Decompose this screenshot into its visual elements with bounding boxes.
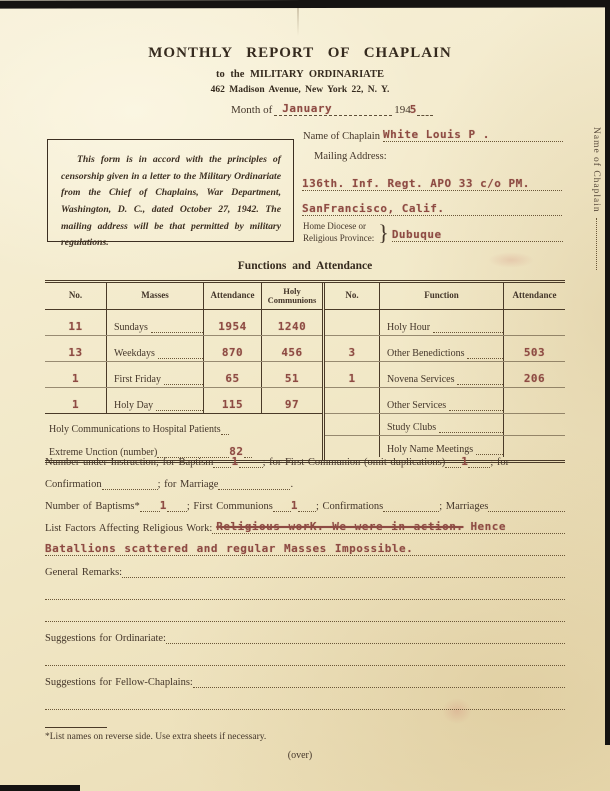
footnote-rule	[45, 727, 107, 728]
line2-period: .	[290, 479, 293, 490]
blank-line	[45, 600, 565, 622]
row-no: 13	[68, 347, 82, 359]
mailing-address-line1-value: 136th. Inf. Regt. APO 33 c/o PM.	[302, 178, 530, 190]
home-diocese-label-line2: Religious Province:	[303, 233, 374, 243]
year-typed: 5	[410, 104, 417, 116]
first-communions-value: 1	[291, 500, 298, 512]
col-header-attendance: Attendance	[504, 283, 565, 309]
footnote-text: *List names on reverse side. Use extra s…	[45, 732, 266, 742]
baptisms-line: Number of Baptisms* 1 ; First Communions…	[45, 490, 565, 512]
baptisms-value: 1	[160, 500, 167, 512]
table-span-row: Holy Communications to Hospital Patients	[45, 414, 322, 437]
mailing-address-label: Mailing Address:	[314, 151, 387, 162]
form-title: MONTHLY REPORT OF CHAPLAIN	[0, 45, 600, 62]
table-row: 1 First Friday 65 51	[45, 362, 322, 388]
form-subtitle: to the MILITARY ORDINARIATE	[0, 69, 600, 80]
table-row: Other Services	[325, 388, 565, 414]
factors-line-1: List Factors Affecting Religious Work: R…	[45, 512, 565, 534]
confirmation-label: Confirmation	[45, 479, 102, 490]
suggestions-ordinariate-label: Suggestions for Ordinariate:	[45, 633, 166, 644]
span-row-label: Holy Communications to Hospital Patients	[49, 424, 221, 435]
functions-attendance-table: No. Masses Attendance Holy Communions 11…	[45, 280, 565, 463]
row-label: Sundays	[114, 322, 148, 333]
home-diocese-label: Home Diocese or Religious Province:	[303, 221, 374, 244]
row-label: Other Services	[387, 400, 446, 411]
blank-line	[45, 644, 565, 666]
brace-glyph: }	[378, 220, 389, 246]
col-header-no: No.	[325, 283, 380, 309]
row-label: Novena Services	[387, 374, 454, 385]
factors-line-2: Batallions scattered and regular Masses …	[45, 534, 565, 556]
instruction-line: Number under Instruction; for Baptism 1 …	[45, 446, 565, 468]
instruction-suffix: ; for	[490, 457, 509, 468]
row-attendance: 206	[524, 373, 545, 385]
row-attendance: 65	[225, 373, 239, 385]
month-label: Month of	[231, 104, 274, 116]
instruction-baptism-value: 1	[231, 456, 238, 468]
instruction-mid: ; for First Communion (omit duplications…	[263, 457, 446, 468]
table-row: Holy Hour	[325, 310, 565, 336]
row-label: Weekdays	[114, 348, 155, 359]
row-no: 11	[68, 321, 82, 333]
functions-table: No. Function Attendance Holy Hour 3 Othe…	[325, 283, 565, 460]
row-communions: 51	[285, 373, 299, 385]
factors-label: List Factors Affecting Religious Work:	[45, 523, 212, 534]
row-attendance: 503	[524, 347, 545, 359]
chaplain-name-value: White Louis P .	[383, 129, 490, 141]
over-label: (over)	[0, 750, 600, 761]
factors-typed-struck: Religious worK. We were in action.	[216, 521, 463, 533]
home-diocese-row: Home Diocese or Religious Province: } Du…	[303, 220, 563, 246]
suggestions-fellow-line: Suggestions for Fellow-Chaplains:	[45, 666, 565, 688]
mailing-address-line1-field: 136th. Inf. Regt. APO 33 c/o PM.	[302, 173, 562, 191]
confirmation-marriage-line: Confirmation ; for Marriage .	[45, 468, 565, 490]
row-no: 1	[348, 373, 355, 385]
marriages-label: ; Marriages	[439, 501, 488, 512]
col-header-attendance: Attendance	[204, 283, 262, 309]
chaplain-name-label: Name of Chaplain	[303, 131, 380, 142]
instruction-prefix: Number under Instruction; for Baptism	[45, 457, 213, 468]
first-communions-label: ; First Communions	[187, 501, 273, 512]
row-label: Study Clubs	[387, 422, 436, 433]
home-diocese-label-line1: Home Diocese or	[303, 221, 366, 231]
general-remarks-label: General Remarks:	[45, 567, 122, 578]
instruction-communion-value: 1	[461, 456, 468, 468]
row-attendance: 870	[222, 347, 243, 359]
table-row: 13 Weekdays 870 456	[45, 336, 322, 362]
chaplain-name-row: Name of Chaplain White Louis P .	[303, 126, 563, 142]
marriage-label: ; for Marriage	[158, 479, 219, 490]
table-row: 11 Sundays 1954 1240	[45, 310, 322, 336]
table-title: Functions and Attendance	[45, 260, 565, 272]
col-header-communions: Holy Communions	[262, 283, 322, 309]
year-printed: 194	[394, 104, 411, 116]
row-communions: 97	[285, 399, 299, 411]
table-row: 1 Novena Services 206	[325, 362, 565, 388]
mailing-address-line2-value: SanFrancisco, Calif.	[302, 203, 444, 215]
general-remarks-line: General Remarks:	[45, 556, 565, 578]
mailing-address-line2-field: SanFrancisco, Calif.	[302, 198, 562, 216]
censorship-notice-text: This form is in accord with the principl…	[61, 154, 281, 248]
baptisms-label: Number of Baptisms*	[45, 501, 140, 512]
row-communions: 456	[281, 347, 302, 359]
table-row: Study Clubs	[325, 414, 565, 436]
row-label: Holy Day	[114, 400, 153, 411]
table-row: 1 Holy Day 115 97	[45, 388, 322, 414]
row-no: 3	[348, 347, 355, 359]
scan-edge-bottom-left	[0, 785, 80, 791]
chaplain-name-field: White Louis P .	[383, 126, 563, 142]
row-label: Holy Hour	[387, 322, 430, 333]
censorship-notice-box: This form is in accord with the principl…	[47, 139, 294, 242]
masses-table: No. Masses Attendance Holy Communions 11…	[45, 283, 322, 460]
scan-edge-right	[605, 0, 610, 745]
side-vertical-label-text: Name of Chaplain	[591, 127, 601, 213]
side-vertical-label: Name of Chaplain	[591, 127, 601, 270]
factors-typed-end: Hence	[470, 521, 506, 533]
row-no: 1	[72, 373, 79, 385]
row-no: 1	[72, 399, 79, 411]
month-line: Month of January 194 5	[231, 100, 449, 116]
home-diocese-field: Dubuque	[392, 225, 563, 242]
side-vertical-leader	[596, 218, 597, 270]
suggestions-fellow-label: Suggestions for Fellow-Chaplains:	[45, 677, 193, 688]
row-attendance: 115	[222, 399, 243, 411]
fold-crease	[297, 8, 299, 36]
scan-edge-top	[0, 0, 610, 9]
home-diocese-value: Dubuque	[392, 229, 442, 241]
table-row: 3 Other Benedictions 503	[325, 336, 565, 362]
confirmations-label: ; Confirmations	[316, 501, 383, 512]
row-label: First Friday	[114, 374, 161, 385]
blank-line	[45, 578, 565, 600]
ordinariate-address: 462 Madison Avenue, New York 22, N. Y.	[0, 85, 600, 95]
row-communions: 1240	[278, 321, 307, 333]
col-header-masses: Masses	[107, 283, 204, 309]
row-label: Other Benedictions	[387, 348, 464, 359]
form-fields-section: Number under Instruction; for Baptism 1 …	[45, 446, 565, 710]
col-header-function: Function	[380, 283, 504, 309]
blank-line	[45, 688, 565, 710]
month-value-typed: January	[282, 103, 332, 115]
scanned-chaplain-report: MONTHLY REPORT OF CHAPLAIN to the MILITA…	[0, 0, 610, 791]
suggestions-ordinariate-line: Suggestions for Ordinariate:	[45, 622, 565, 644]
row-attendance: 1954	[218, 321, 247, 333]
factors-typed-line2: Batallions scattered and regular Masses …	[45, 543, 413, 555]
col-header-no: No.	[45, 283, 107, 309]
